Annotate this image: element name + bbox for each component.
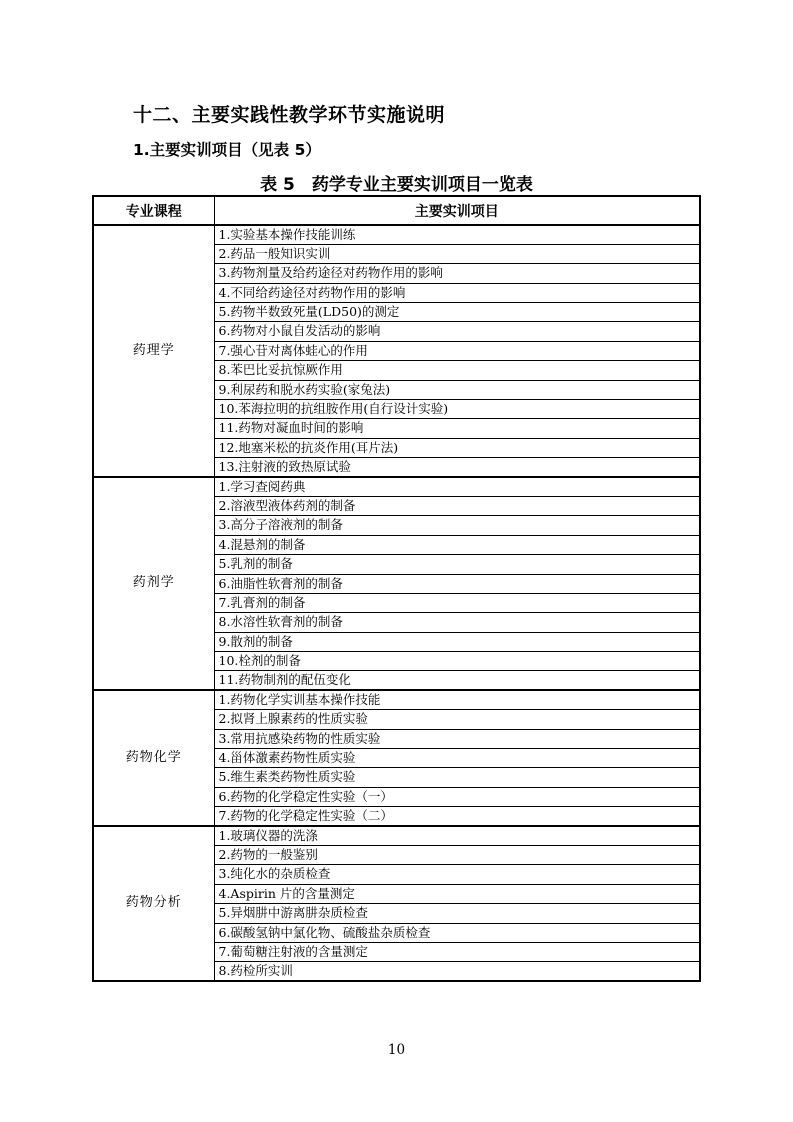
course-name-cell: 药物分析 xyxy=(93,826,214,981)
training-item-cell: 1.实验基本操作技能训练 xyxy=(214,225,700,244)
training-item-cell: 1.药物化学实训基本操作技能 xyxy=(214,690,700,709)
training-item-cell: 4.不同给药途径对药物作用的影响 xyxy=(214,283,700,302)
training-item-cell: 6.药物对小鼠自发活动的影响 xyxy=(214,322,700,341)
table-header-course: 专业课程 xyxy=(93,196,214,225)
course-name-cell: 药理学 xyxy=(93,225,214,477)
page-number: 10 xyxy=(0,1042,793,1058)
document-page: 十二、主要实践性教学环节实施说明 1.主要实训项目（见表 5） 表 5 药学专业… xyxy=(0,0,793,1122)
table-row: 药理学1.实验基本操作技能训练 xyxy=(93,225,700,244)
subsection-heading: 1.主要实训项目（见表 5） xyxy=(133,138,321,160)
training-item-cell: 2.拟肾上腺素药的性质实验 xyxy=(214,710,700,729)
table-row: 药剂学1.学习查阅药典 xyxy=(93,477,700,496)
training-item-cell: 6.油脂性软膏剂的制备 xyxy=(214,574,700,593)
training-item-cell: 3.高分子溶液剂的制备 xyxy=(214,516,700,535)
training-item-cell: 9.散剂的制备 xyxy=(214,632,700,651)
training-item-cell: 3.药物剂量及给药途径对药物作用的影响 xyxy=(214,264,700,283)
training-item-cell: 7.乳膏剂的制备 xyxy=(214,593,700,612)
training-item-cell: 5.异烟肼中游离肼杂质检查 xyxy=(214,904,700,923)
training-item-cell: 2.药物的一般鉴别 xyxy=(214,846,700,865)
training-item-cell: 7.强心苷对离体蛙心的作用 xyxy=(214,341,700,360)
training-item-cell: 4.混悬剂的制备 xyxy=(214,535,700,554)
training-item-cell: 6.碳酸氢钠中氯化物、硫酸盐杂质检查 xyxy=(214,923,700,942)
training-item-cell: 11.药物制剂的配伍变化 xyxy=(214,671,700,690)
training-item-cell: 3.纯化水的杂质检查 xyxy=(214,865,700,884)
training-item-cell: 3.常用抗感染药物的性质实验 xyxy=(214,729,700,748)
course-name-cell: 药剂学 xyxy=(93,477,214,690)
training-projects-table: 专业课程 主要实训项目 药理学1.实验基本操作技能训练2.药品一般知识实训3.药… xyxy=(92,195,701,982)
training-item-cell: 1.学习查阅药典 xyxy=(214,477,700,496)
training-item-cell: 5.维生素类药物性质实验 xyxy=(214,768,700,787)
table-row: 药物分析1.玻璃仪器的洗涤 xyxy=(93,826,700,845)
training-item-cell: 1.玻璃仪器的洗涤 xyxy=(214,826,700,845)
training-item-cell: 10.苯海拉明的抗组胺作用(自行设计实验) xyxy=(214,400,700,419)
training-item-cell: 7.药物的化学稳定性实验（二） xyxy=(214,807,700,826)
training-item-cell: 4.甾体激素药物性质实验 xyxy=(214,749,700,768)
training-item-cell: 8.水溶性软膏剂的制备 xyxy=(214,613,700,632)
course-name-cell: 药物化学 xyxy=(93,690,214,826)
table-row: 药物化学1.药物化学实训基本操作技能 xyxy=(93,690,700,709)
table-header-row: 专业课程 主要实训项目 xyxy=(93,196,700,225)
table-caption: 表 5 药学专业主要实训项目一览表 xyxy=(0,170,793,195)
training-item-cell: 8.苯巴比妥抗惊厥作用 xyxy=(214,361,700,380)
training-item-cell: 6.药物的化学稳定性实验（一） xyxy=(214,787,700,806)
table-header-items: 主要实训项目 xyxy=(214,196,700,225)
training-item-cell: 2.溶液型液体药剂的制备 xyxy=(214,496,700,515)
training-item-cell: 9.利尿药和脱水药实验(家兔法) xyxy=(214,380,700,399)
training-item-cell: 8.药检所实训 xyxy=(214,962,700,981)
training-item-cell: 4.Aspirin 片的含量测定 xyxy=(214,884,700,903)
training-item-cell: 12.地塞米松的抗炎作用(耳片法) xyxy=(214,438,700,457)
training-table-body: 药理学1.实验基本操作技能训练2.药品一般知识实训3.药物剂量及给药途径对药物作… xyxy=(93,225,700,981)
training-item-cell: 11.药物对凝血时间的影响 xyxy=(214,419,700,438)
training-item-cell: 10.栓剂的制备 xyxy=(214,652,700,671)
section-heading: 十二、主要实践性教学环节实施说明 xyxy=(133,100,445,127)
training-item-cell: 5.药物半数致死量(LD50)的测定 xyxy=(214,303,700,322)
training-item-cell: 7.葡萄糖注射液的含量测定 xyxy=(214,942,700,961)
training-item-cell: 2.药品一般知识实训 xyxy=(214,244,700,263)
training-item-cell: 5.乳剂的制备 xyxy=(214,555,700,574)
training-item-cell: 13.注射液的致热原试验 xyxy=(214,458,700,477)
